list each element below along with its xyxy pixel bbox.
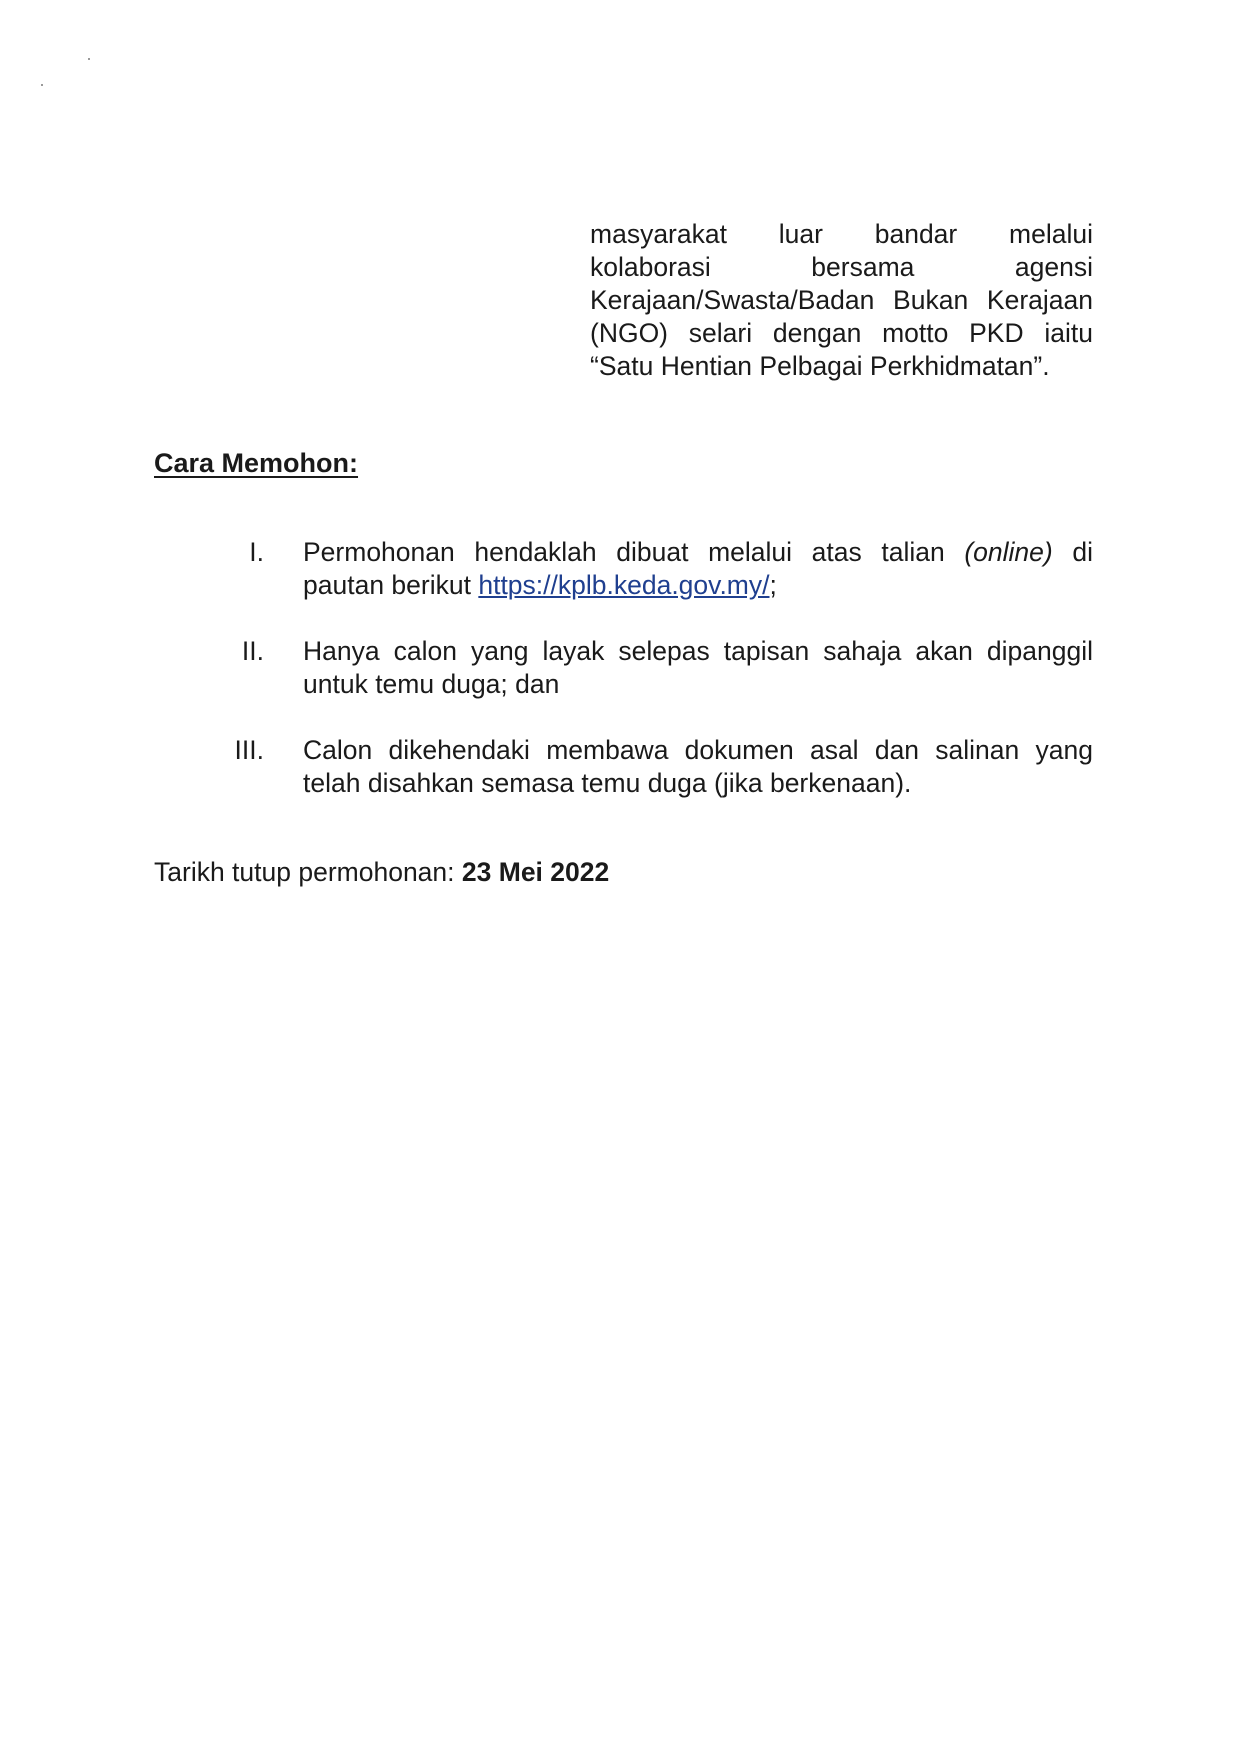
step-line: pautan berikut https://kplb.keda.gov.my/… xyxy=(303,569,1093,602)
step-line: Calon dikehendaki membawa dokumen asal d… xyxy=(303,734,1093,767)
closing-date-line: Tarikh tutup permohonan: 23 Mei 2022 xyxy=(154,856,609,889)
scan-speck xyxy=(88,58,90,60)
intro-line: kolaborasi bersama agensi xyxy=(590,251,1093,284)
step-line: untuk temu duga; dan xyxy=(303,668,1093,701)
step-line: Permohonan hendaklah dibuat melalui atas… xyxy=(303,536,1093,569)
intro-paragraph: masyarakat luar bandar melalui kolaboras… xyxy=(590,218,1093,383)
step-text: Hanya calon yang layak selepas tapisan s… xyxy=(303,635,1093,701)
step-italic-term: (online) xyxy=(964,537,1052,567)
closing-date: 23 Mei 2022 xyxy=(462,857,609,887)
step-text-segment: ; xyxy=(770,570,777,600)
step-line: telah disahkan semasa temu duga (jika be… xyxy=(303,767,1093,800)
intro-line: masyarakat luar bandar melalui xyxy=(590,218,1093,251)
step-text: Permohonan hendaklah dibuat melalui atas… xyxy=(303,536,1093,602)
step-line: Hanya calon yang layak selepas tapisan s… xyxy=(303,635,1093,668)
step-numeral: III. xyxy=(194,734,264,767)
step-text-segment: pautan berikut xyxy=(303,570,471,600)
intro-line: Kerajaan/Swasta/Badan Bukan Kerajaan xyxy=(590,284,1093,317)
closing-label: Tarikh tutup permohonan: xyxy=(154,857,455,887)
step-numeral: I. xyxy=(194,536,264,569)
intro-line: (NGO) selari dengan motto PKD iaitu xyxy=(590,317,1093,350)
scan-speck xyxy=(41,84,43,86)
intro-line: “Satu Hentian Pelbagai Perkhidmatan”. xyxy=(590,350,1093,383)
step-text-segment: Permohonan hendaklah dibuat melalui atas… xyxy=(303,537,945,567)
step-text: Calon dikehendaki membawa dokumen asal d… xyxy=(303,734,1093,800)
section-heading: Cara Memohon: xyxy=(154,448,358,479)
application-link[interactable]: https://kplb.keda.gov.my/ xyxy=(478,570,769,600)
step-text-segment: di xyxy=(1072,537,1093,567)
step-numeral: II. xyxy=(194,635,264,668)
